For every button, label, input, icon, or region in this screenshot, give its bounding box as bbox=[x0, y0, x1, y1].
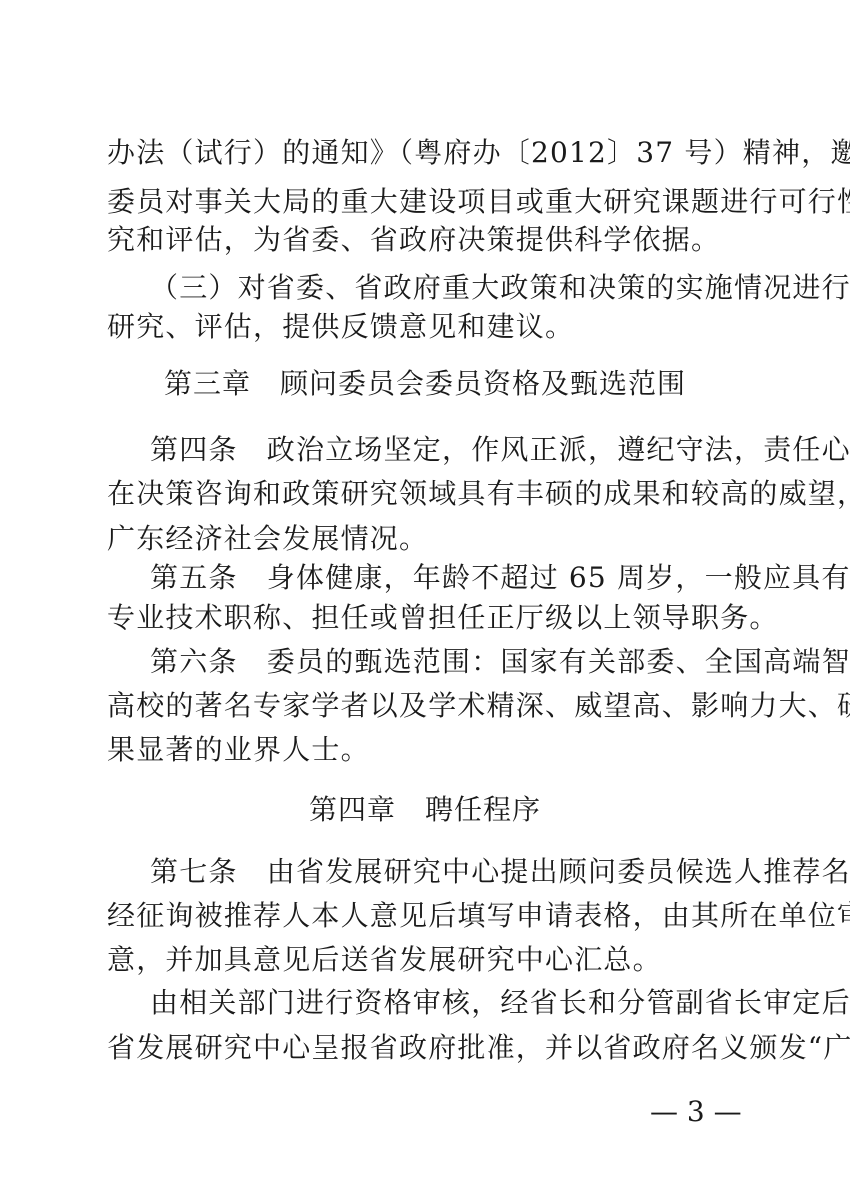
article-4-line-3: 广东经济社会发展情况。 bbox=[107, 519, 743, 559]
article-7-line-2: 经征询被推荐人本人意见后填写申请表格，由其所在单位审核同 bbox=[107, 896, 743, 936]
article-4-line-1: 第四条 政治立场坚定，作风正派，遵纪守法，责任心强， bbox=[150, 430, 743, 470]
article-6-line-2: 高校的著名专家学者以及学术精深、威望高、影响力大、研究成 bbox=[107, 686, 743, 726]
chapter-4-heading: 第四章 聘任程序 bbox=[0, 790, 850, 830]
body-line-2: 委员对事关大局的重大建设项目或重大研究课题进行可行性研 bbox=[107, 182, 743, 222]
article-7-line-3: 意，并加具意见后送省发展研究中心汇总。 bbox=[107, 940, 743, 980]
page-number: — 3 — bbox=[650, 1092, 742, 1132]
article-5-line-2: 专业技术职称、担任或曾担任正厅级以上领导职务。 bbox=[107, 598, 743, 638]
article-6-line-3: 果显著的业界人士。 bbox=[107, 730, 743, 770]
article-6-line-1: 第六条 委员的甄选范围：国家有关部委、全国高端智库、 bbox=[150, 642, 743, 682]
body-line-1: 办法（试行）的通知》（粤府办〔2012〕37 号）精神，邀请顾问 bbox=[107, 133, 743, 173]
document-page: 办法（试行）的通知》（粤府办〔2012〕37 号）精神，邀请顾问 委员对事关大局… bbox=[0, 0, 850, 1202]
article-4-line-2: 在决策咨询和政策研究领域具有丰硕的成果和较高的威望，熟悉 bbox=[107, 474, 743, 514]
article-7-line-1: 第七条 由省发展研究中心提出顾问委员候选人推荐名单， bbox=[150, 852, 743, 892]
item-3-line-1: （三）对省委、省政府重大政策和决策的实施情况进行跟踪 bbox=[150, 268, 743, 308]
item-3-line-2: 研究、评估，提供反馈意见和建议。 bbox=[107, 307, 743, 347]
body-line-3: 究和评估，为省委、省政府决策提供科学依据。 bbox=[107, 220, 743, 260]
review-paragraph-line-1: 由相关部门进行资格审核，经省长和分管副省长审定后，由 bbox=[150, 983, 743, 1023]
review-paragraph-line-2: 省发展研究中心呈报省政府批准，并以省政府名义颁发“广东省 bbox=[107, 1028, 743, 1068]
article-5-line-1: 第五条 身体健康，年龄不超过 65 周岁，一般应具有高级 bbox=[150, 558, 743, 598]
chapter-3-heading: 第三章 顾问委员会委员资格及甄选范围 bbox=[0, 364, 850, 404]
